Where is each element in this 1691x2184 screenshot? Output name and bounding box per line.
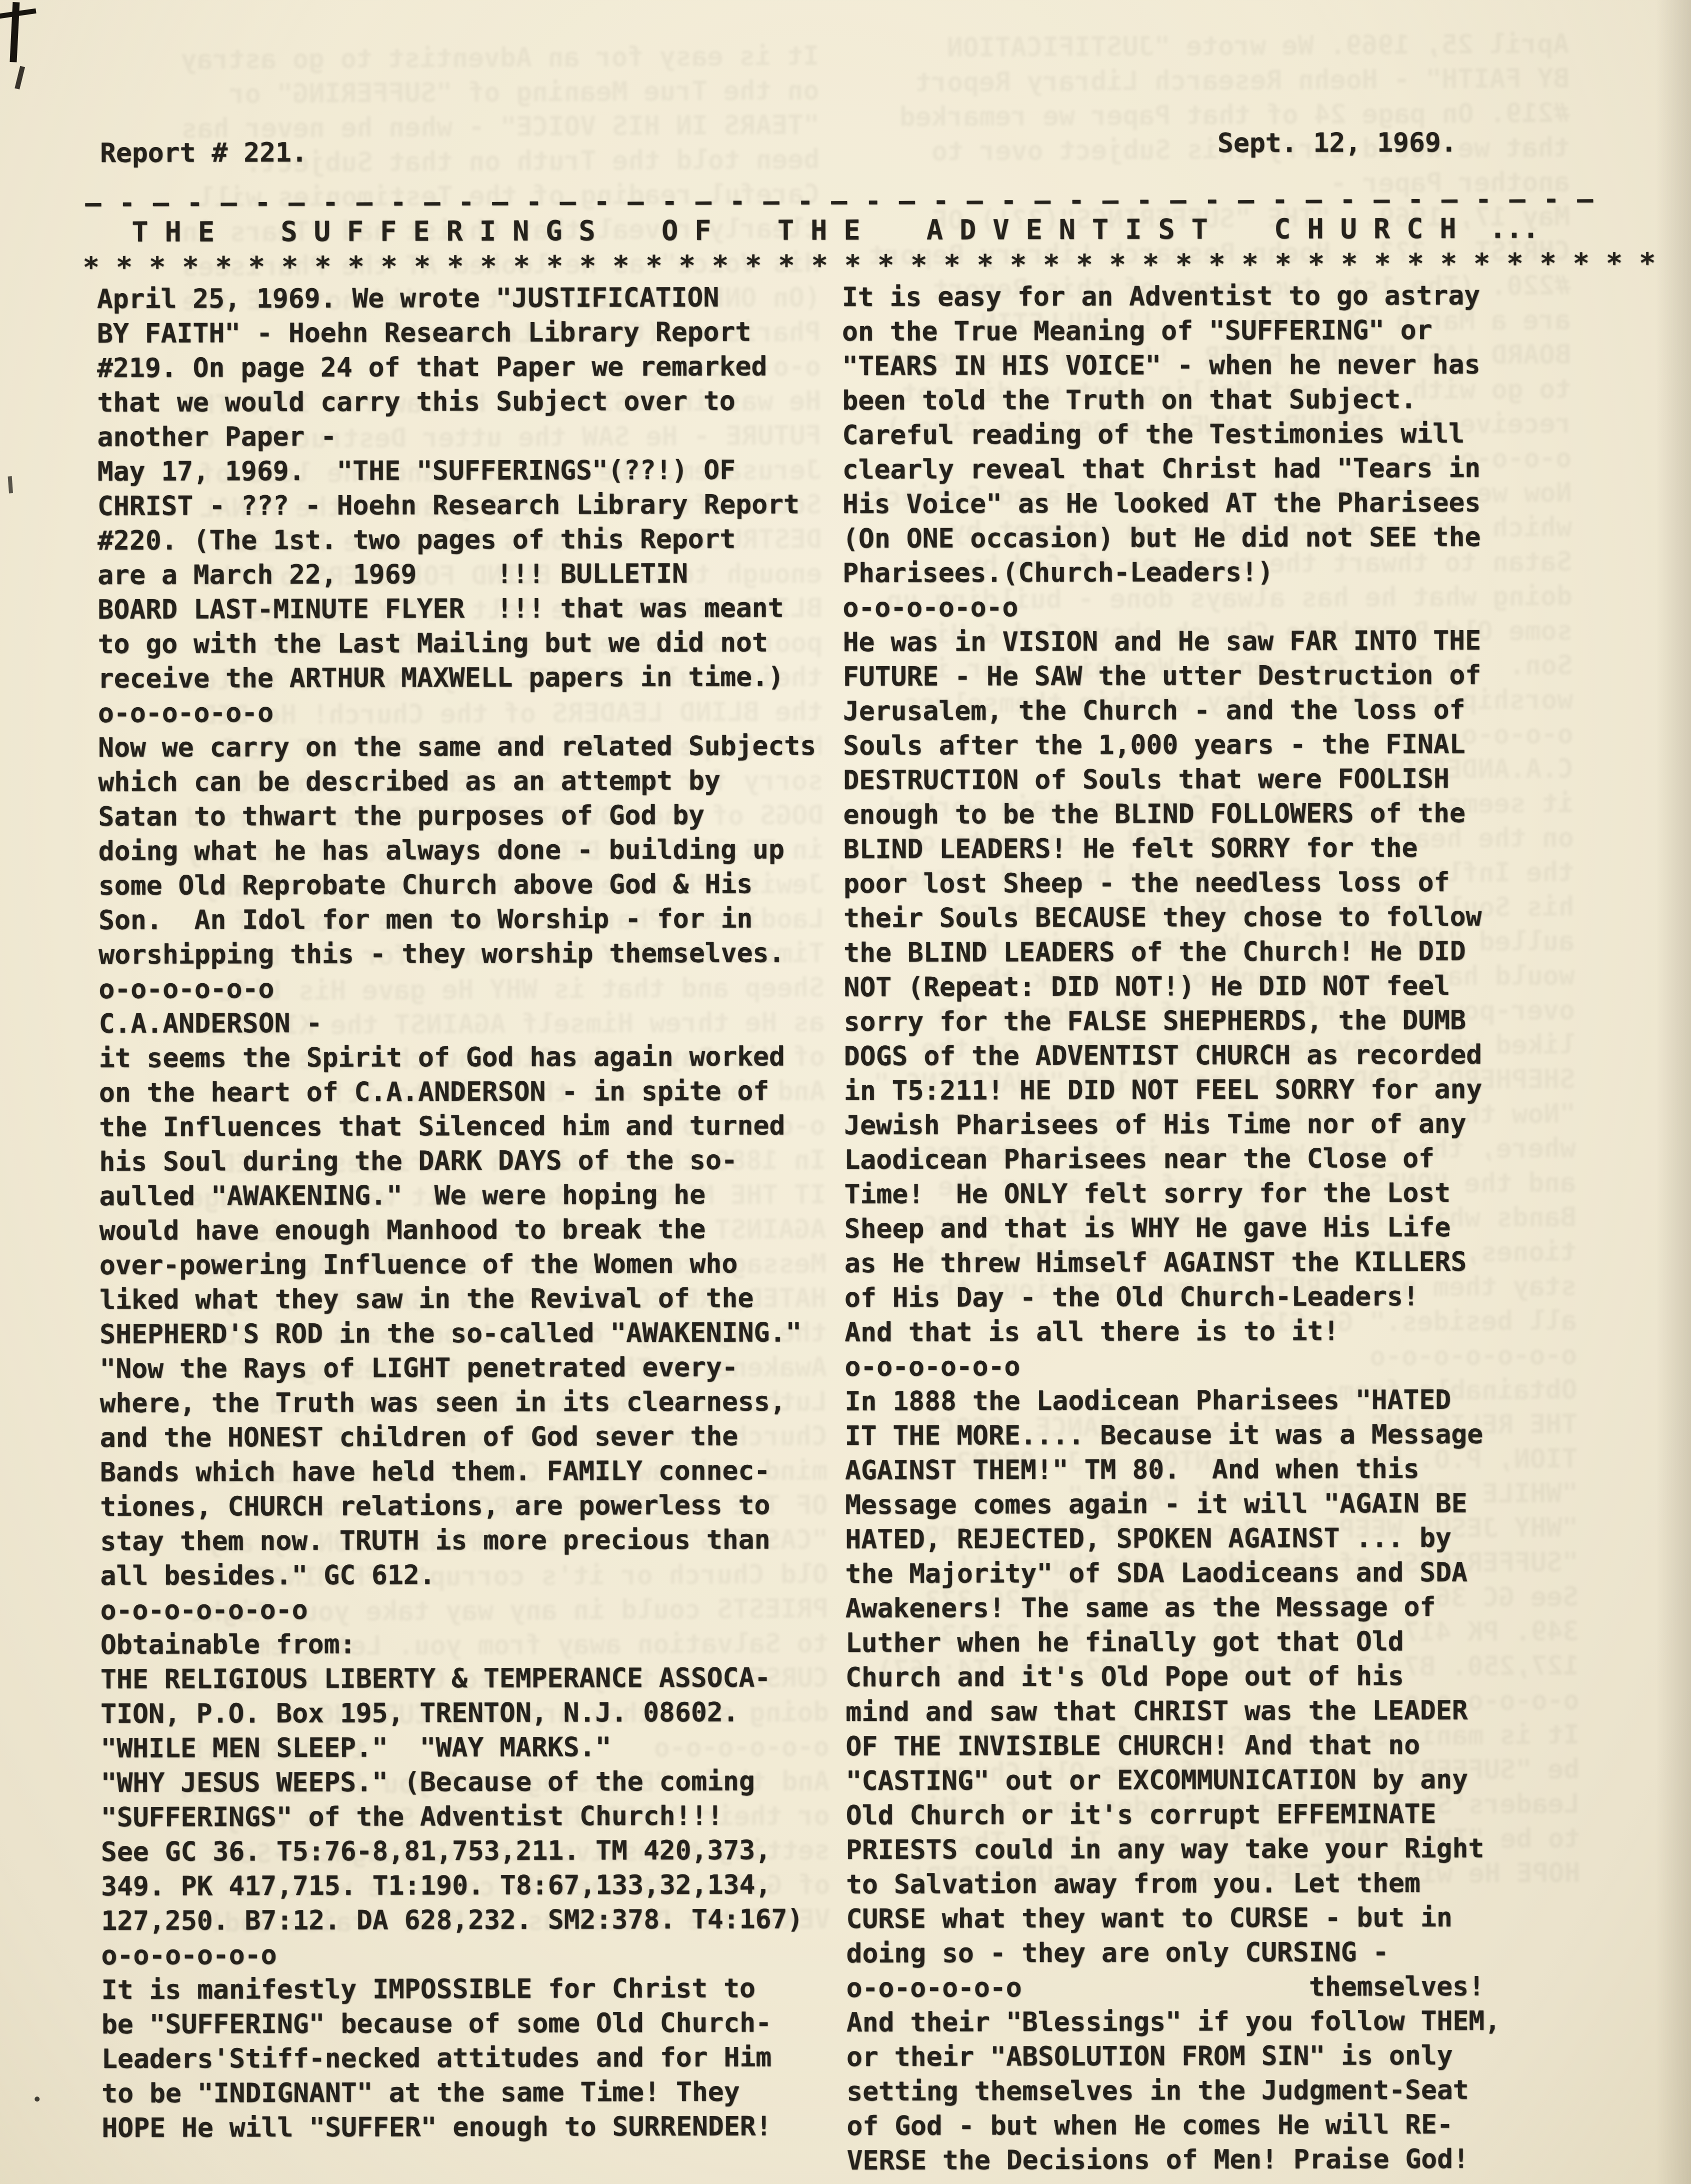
text-line: of God - but when He comes He will RE- [846,2107,1596,2143]
text-line: 127,250. B7:12. DA 628,232. SM2:378. T4:… [101,1902,851,1938]
text-line: C.A.ANDERSON - [99,1005,849,1041]
text-line: setting themselves in the Judgment-Seat [846,2072,1596,2109]
text-line: worshipping this - they worship themselv… [98,936,848,972]
text-line: o-o-o-o-o-o [844,1348,1594,1384]
text-line: Jewish Pharisees of His Time nor of any [844,1106,1594,1143]
text-line: mind and saw that CHRIST was the LEADER [845,1693,1595,1729]
text-line: Luther when he finally got that Old [845,1624,1595,1660]
text-line: "Now the Rays of LIGHT penetrated every- [99,1350,849,1386]
text-line: be "SUFFERING" because of some Old Churc… [101,2005,851,2042]
text-line: SHEPHERD'S ROD in the so-called "AWAKENI… [99,1315,849,1352]
text-line: liked what they saw in the Revival of th… [99,1281,849,1317]
text-line: "TEARS IN HIS VOICE" - when he never has [842,347,1592,384]
text-line: tiones, CHURCH relations, are powerless … [100,1488,850,1524]
text-line: IT THE MORE.... Because it was a Message [845,1417,1595,1453]
text-line: been told the Truth on that Subject. [842,382,1592,418]
text-line: Obtainable from: [100,1626,850,1662]
text-line: Sheep and that is WHY He gave His Life [844,1210,1594,1246]
text-line: Laodicean Pharisees near the Close of [844,1141,1594,1177]
text-line: clearly reveal that Christ had "Tears in [842,451,1592,487]
text-line: are a March 22, 1969 !!! BULLETIN [97,556,847,593]
text-line: April 25, 1969. We wrote "JUSTIFICATION [97,280,847,317]
text-line: It is manifestly IMPOSSIBLE for Christ t… [101,1971,851,2007]
text-line: that we would carry this Subject over to [819,131,1569,170]
text-line: and the HONEST children of God sever the [100,1419,850,1455]
text-line: May 17, 1969. "THE "SUFFERINGS"(??!) OF [97,453,847,489]
ink-speck [34,2096,39,2101]
text-line: Now we carry on the same and related Sub… [98,729,848,765]
text-line: receive the ARTHUR MAXWELL papers in tim… [98,660,848,696]
text-line: to go with the Last Mailing but we did n… [98,625,848,662]
text-line: 349. PK 417,715. T1:190. T8:67,133,32,13… [101,1867,851,1904]
text-line: on the True Meaning of "SUFFERING" or [69,74,819,113]
text-line: Son. An Idol for men to Worship - for in [98,901,848,938]
text-line: CURSE what they want to CURSE - but in [846,1900,1596,1936]
text-line: as He threw Himself AGAINST the KILLERS [844,1244,1594,1281]
text-line: some Old Reprobate Church above God & Hi… [98,867,848,903]
text-line: Careful reading of the Testimonies will [842,416,1592,453]
text-line: "CASTING" out or EXCOMMUNICATION by any [846,1762,1596,1798]
text-line: Awakeners! The same as the Message of [845,1589,1595,1626]
report-number: Report # 221. [100,138,307,169]
text-line: their Souls BECAUSE they chose to follow [843,899,1593,936]
text-line: CHRIST - ??? - Hoehn Research Library Re… [97,487,847,524]
typed-sheet: It is easy for an Adventist to go astray… [0,0,1691,2184]
text-line: HOPE He will "SUFFER" enough to SURRENDE… [101,2109,851,2145]
text-line: or their "ABSOLUTION FROM SIN" is only [846,2038,1596,2074]
report-date: Sept. 12, 1969. [1217,128,1457,159]
left-column: April 25, 1969. We wrote "JUSTIFICATIONB… [97,280,852,2145]
text-line: aulled "AWAKENING." We were hoping he [99,1177,849,1214]
text-line: poor lost Sheep - the needless loss of [843,865,1593,901]
text-line: that we would carry this Subject over to [97,384,847,420]
text-line: the Majority" of SDA Laodiceans and SDA [845,1555,1595,1591]
text-line: doing what he has always done - building… [98,832,848,869]
edge-ink-mark [8,476,13,493]
text-line: to be "INDIGNANT" at the same Time! They [101,2074,851,2111]
text-line: in T5:211! HE DID NOT FEEL SORRY for any [844,1072,1594,1108]
text-line: Church and it's Old Pope out of his [845,1658,1595,1695]
text-line: AGAINST THEM!" TM 80. And when this [845,1451,1595,1488]
text-line: of His Day - the Old Church-Leaders! [844,1279,1594,1315]
text-line: "WHY JESUS WEEPS." (Because of the comin… [101,1764,851,1800]
text-line: another Paper - [97,418,847,455]
text-line: would have enough Manhood to break the [99,1212,849,1248]
text-line: #219. On page 24 of that Paper we remark… [819,96,1569,135]
text-line: It is easy for an Adventist to go astray [69,39,819,78]
text-line: PRIESTS could in any way take your Right [846,1831,1596,1867]
text-line: o-o-o-o-o-o [98,694,848,731]
text-line: sorry for the FALSE SHEPHERDS, the DUMB [844,1003,1594,1039]
text-line: NOT (Repeat: DID NOT!) He DID NOT feel [843,968,1593,1005]
text-line: See GC 36. T5:76-8,81,753,211. TM 420,37… [101,1833,851,1869]
text-line: his Soul during the DARK DAYS of the so- [99,1143,849,1179]
text-line: BLIND LEADERS! He felt SORRY for the [843,830,1593,867]
text-line: o-o-o-o-o-o-o [100,1591,850,1628]
text-line: DESTRUCTION of Souls that were FOOLISH [843,761,1593,798]
text-line: He was in VISION and He saw FAR INTO THE [843,623,1593,660]
text-line: His Voice" as He looked AT the Pharisees [842,485,1592,522]
text-line: (On ONE occasion) but He did not SEE the [842,520,1592,556]
text-line: where, the Truth was seen in its clearne… [100,1384,850,1421]
text-line: the Influences that Silenced him and tur… [99,1108,849,1145]
text-line: "WHILE MEN SLEEP." "WAY MARKS." [100,1729,850,1766]
text-line: FUTURE - He SAW the utter Destruction of [843,658,1593,694]
text-line: TION, P.O. Box 195, TRENTON, N.J. 08602. [100,1695,850,1731]
text-line: o-o-o-o-o-o themselves! [846,1969,1596,2005]
text-line: HATED, REJECTED, SPOKEN AGAINST ... by [845,1520,1595,1557]
text-line: THE RELIGIOUS LIBERTY & TEMPERANCE ASSOC… [100,1660,850,1697]
text-line: Jerusalem, the Church - and the loss of [843,692,1593,729]
text-line: Message comes again - it will "AGAIN BE [845,1486,1595,1522]
text-line: the BLIND LEADERS of the Church! He DID [843,934,1593,970]
text-line: "SUFFERINGS" of the Adventist Church!!! [101,1798,851,1835]
asterisk-rule: * * * * * * * * * * * * * * * * * * * * … [83,247,1656,283]
right-column: It is easy for an Adventist to go astray… [842,278,1597,2178]
text-line: BY FAITH" - Hoehn Research Library Repor… [97,315,847,351]
text-line: And their "Blessings" if you follow THEM… [846,2003,1596,2040]
text-line: all besides." GC 612. [100,1557,850,1593]
text-line: enough to be the BLIND FOLLOWERS of the [843,796,1593,832]
text-line: It is easy for an Adventist to go astray [842,278,1592,315]
page-title: T H E S U F F E R I N G S O F T H E A D … [131,212,1539,248]
text-line: which can be described as an attempt by [98,763,848,800]
text-line: Leaders'Stiff-necked attitudes and for H… [101,2040,851,2076]
text-line: Old Church or it's corrupt EFFEMINATE [846,1796,1596,1833]
corner-ink-mark [14,66,25,90]
text-line: Satan to thwart the purposes of God by [98,798,848,834]
text-line: Souls after the 1,000 years - the FINAL [843,727,1593,763]
text-line: Bands which have held them. FAMILY conne… [100,1453,850,1490]
text-line: In 1888 the Laodicean Pharisees "HATED [845,1382,1595,1419]
text-line: over-powering Influence of the Women who [99,1246,849,1283]
text-line: April 25, 1969. We wrote "JUSTIFICATION [819,27,1569,66]
text-line: BY FAITH" - Hoehn Research Library Repor… [819,62,1569,101]
text-line: o-o-o-o-o-o [842,589,1592,625]
text-line: o-o-o-o-o-o [101,1936,851,1973]
text-line: stay them now. TRUTH is more precious th… [100,1522,850,1559]
text-line: it seems the Spirit of God has again wor… [99,1039,849,1076]
text-line: #219. On page 24 of that Paper we remark… [97,349,847,386]
text-line: #220. (The 1st. two pages of this Report [97,522,847,558]
text-line: o-o-o-o-o-o [98,970,848,1007]
text-line: Time! He ONLY felt sorry for the Lost [844,1175,1594,1212]
text-line: doing so - they are only CURSING - [846,1934,1596,1971]
text-line: VERSE the Decisions of Men! Praise God! [847,2141,1597,2178]
text-line: to Salvation away from you. Let them [846,1865,1596,1902]
document-page: It is easy for an Adventist to go astray… [0,0,1691,2184]
text-line: DOGS of the ADVENTIST CHURCH as recorded [844,1037,1594,1074]
text-line: OF THE INVISIBLE CHURCH! And that no [845,1727,1595,1764]
text-line: BOARD LAST-MINUTE FLYER !!! that was mea… [97,591,847,627]
text-line: on the heart of C.A.ANDERSON - in spite … [99,1074,849,1110]
text-line: on the True Meaning of "SUFFERING" or [842,313,1592,349]
text-line: Pharisees.(Church-Leaders!) [842,554,1592,591]
text-line: And that is all there is to it! [844,1313,1594,1350]
